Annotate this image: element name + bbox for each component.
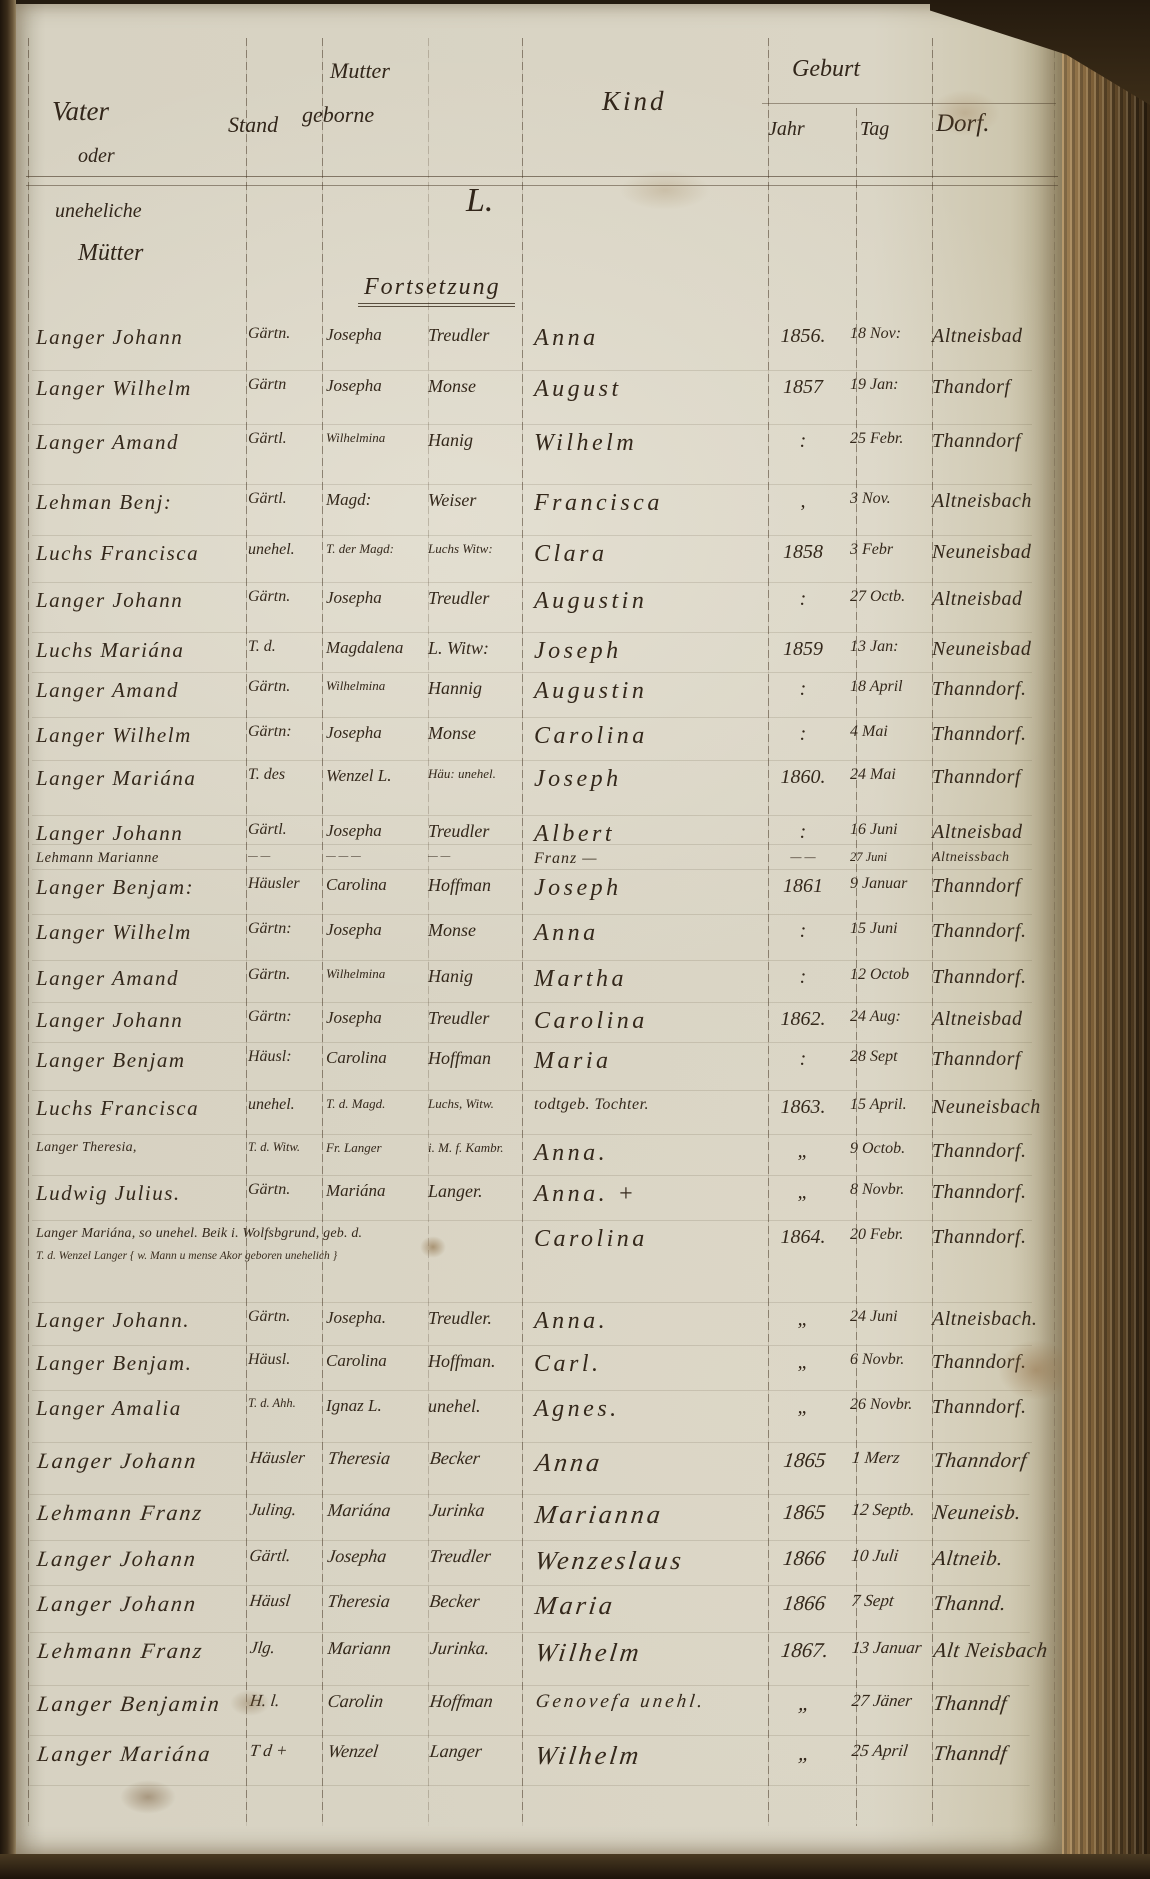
- father-name: Langer Amand: [36, 430, 248, 455]
- birth-village: Thanndorf.: [932, 1226, 1072, 1249]
- child-name: Carolina: [534, 723, 760, 750]
- birth-village: Altneib.: [932, 1546, 1075, 1571]
- margin-note-line1: uneheliche: [55, 200, 142, 223]
- mother-surname: Treudler: [428, 1546, 537, 1567]
- birth-day: 18 Nov:: [850, 325, 932, 343]
- father-name: Langer Theresia,: [36, 1140, 248, 1156]
- birth-day: 9 Januar: [850, 875, 932, 893]
- mother-given-name: Carolina: [326, 875, 426, 895]
- birth-village: Thanndorf.: [932, 1396, 1072, 1419]
- table-row: Langer Theresia,T. d. Witw.Fr. Langeri. …: [0, 1140, 1150, 1181]
- column-header-day: Tag: [860, 118, 889, 141]
- table-row: Langer JohannHäuslTheresiaBeckerMaria186…: [0, 1591, 1150, 1638]
- mother-given-name: Theresia: [327, 1448, 430, 1469]
- stand: Jlg.: [249, 1638, 329, 1658]
- table-row: Langer BenjamHäusl:CarolinaHoffmanMaria:…: [0, 1048, 1150, 1096]
- child-name: Anna.: [534, 1140, 760, 1167]
- stand: Gärtn.: [248, 966, 326, 984]
- mother-surname: Becker: [428, 1591, 537, 1612]
- mother-surname: Monse: [428, 376, 534, 397]
- father-name: Langer Johann: [36, 1008, 248, 1033]
- birth-day: 28 Sept: [850, 1048, 932, 1066]
- birth-village: Thanndorf: [932, 1448, 1075, 1473]
- father-name: Langer Mariána, so unehel. Beik i. Wolfs…: [36, 1226, 536, 1242]
- birth-header-underline: [762, 103, 1056, 104]
- child-name: Wilhelm: [533, 1741, 763, 1771]
- father-name: Langer Benjam.: [36, 1351, 248, 1376]
- birth-day: 27 Jäner: [851, 1691, 935, 1711]
- father-name: Langer Wilhelm: [36, 920, 248, 945]
- table-row: +Luchs Franciscaunehel.T. der Magd:Luchs…: [0, 541, 1150, 588]
- father-name: Langer Amand: [36, 966, 248, 991]
- mother-surname: Treudler: [428, 1008, 534, 1029]
- mother-given-name: Josepha: [326, 325, 426, 345]
- column-header-mother-geborne: geborne: [302, 102, 374, 128]
- mother-surname: L. Witw:: [428, 638, 534, 659]
- child-name: Wilhelm: [534, 1638, 764, 1668]
- birth-village: Thanndf: [932, 1741, 1075, 1766]
- table-row: Langer JohannGärtn.JosephaTreudlerAnna18…: [0, 325, 1150, 376]
- birth-day: 1 Merz: [851, 1448, 935, 1468]
- mother-given-name: Wilhelmina: [326, 678, 426, 694]
- mother-surname: Jurinka: [428, 1500, 537, 1521]
- stand: Gärtn:: [248, 1008, 326, 1026]
- birth-year: 1867.: [758, 1638, 851, 1663]
- table-row: +Langer MariánaT. desWenzel L.Häu: unehe…: [0, 766, 1150, 821]
- mother-given-name: Wilhelmina: [326, 966, 426, 982]
- stand: unehel.: [248, 541, 326, 559]
- birth-year: :: [758, 588, 848, 611]
- birth-day: 24 Mai: [850, 766, 932, 784]
- father-name: Langer Benjam: [36, 1048, 248, 1073]
- father-name: Lehmann Marianne: [36, 850, 248, 867]
- mother-given-name: Carolina: [326, 1351, 426, 1371]
- birth-year: 1862.: [758, 1008, 848, 1031]
- birth-year: :: [758, 821, 848, 844]
- birth-day: 13 Januar: [851, 1638, 935, 1658]
- birth-year: 1865: [758, 1500, 851, 1525]
- mother-given-name: Mariann: [327, 1638, 430, 1659]
- child-name: Carl.: [534, 1351, 760, 1378]
- column-header-child: Kind: [602, 86, 667, 117]
- birth-village: Neuneisbad: [932, 541, 1072, 564]
- birth-village: Thanndorf.: [932, 1140, 1072, 1163]
- table-row: Lehmann FranzJlg.MariannJurinka.Wilhelm1…: [0, 1638, 1150, 1691]
- mother-surname: i. M. f. Kambr.: [428, 1140, 534, 1156]
- register-book-photo: Vater oder Stand Mutter geborne Kind Geb…: [0, 0, 1150, 1879]
- column-header-birth: Geburt: [792, 56, 860, 83]
- child-name: Joseph: [534, 766, 760, 793]
- mother-given-name: Carolina: [326, 1048, 426, 1068]
- child-name: Agnes.: [534, 1396, 760, 1423]
- table-row: Langer AmandGärtl.WilhelminaHanigWilhelm…: [0, 430, 1150, 490]
- father-name: Langer Wilhelm: [36, 376, 248, 401]
- father-name: Langer Johann: [36, 1448, 251, 1474]
- birth-village: Thanndorf.: [932, 723, 1072, 746]
- father-note-line2: T. d. Wenzel Langer { w. Mann u mense Ak…: [36, 1250, 516, 1262]
- stand: Gärtn.: [248, 678, 326, 696]
- birth-day: 10 Juli: [850, 1546, 934, 1566]
- birth-village: Altneisbach: [932, 490, 1072, 513]
- birth-day: 25 Febr.: [850, 430, 932, 448]
- mother-given-name: Mariána: [326, 1500, 429, 1521]
- birth-day: 4 Mai: [850, 723, 932, 741]
- child-name: Augustin: [534, 678, 760, 705]
- stand: Häusl: [248, 1591, 328, 1611]
- birth-day: 9 Octob.: [850, 1140, 932, 1158]
- mother-given-name: T. der Magd:: [326, 541, 426, 557]
- father-name: Luchs Francisca: [36, 1096, 248, 1121]
- stand: unehel.: [248, 1096, 326, 1114]
- mother-given-name: Josepha: [326, 376, 426, 396]
- birth-village: Thandorf: [932, 376, 1072, 399]
- column-header-mother: Mutter: [330, 58, 390, 84]
- mother-surname: Monse: [428, 920, 534, 941]
- birth-day: 12 Septb.: [850, 1500, 934, 1520]
- child-name: Wenzeslaus: [533, 1546, 763, 1576]
- birth-year: 1858: [758, 541, 848, 564]
- birth-village: Thanndorf.: [932, 1351, 1072, 1374]
- stand: Juling.: [248, 1500, 328, 1520]
- father-name: Langer Benjam:: [36, 875, 248, 900]
- birth-year: „: [758, 1351, 848, 1374]
- mother-surname: Treudler: [428, 821, 534, 842]
- father-name: Lehmann Franz: [36, 1500, 251, 1526]
- father-name: Langer Amand: [36, 678, 248, 703]
- birth-day: 25 April: [851, 1741, 935, 1761]
- birth-day: 24 Juni: [850, 1308, 932, 1326]
- table-row: Lehman Benj:Gärtl.Magd:WeiserFrancisca,3…: [0, 490, 1150, 541]
- child-name: Augustin: [534, 588, 760, 615]
- mother-given-name: Josepha: [326, 821, 426, 841]
- birth-day: 20 Febr.: [850, 1226, 932, 1244]
- birth-year: 1857: [758, 376, 848, 399]
- mother-given-name: Magdalena: [326, 638, 426, 658]
- section-letter: L.: [466, 182, 493, 220]
- birth-year: :: [758, 430, 848, 453]
- mother-surname: — —: [428, 850, 534, 862]
- birth-day: 13 Jan:: [850, 638, 932, 656]
- stand: Gärtn: [248, 376, 326, 394]
- birth-year: „: [758, 1691, 851, 1716]
- birth-village: Thanndorf: [932, 1048, 1072, 1071]
- birth-year: „: [758, 1396, 848, 1419]
- header-separator-line: [26, 176, 1058, 186]
- mother-surname: Hoffman.: [428, 1351, 534, 1372]
- mother-surname: Langer.: [428, 1181, 534, 1202]
- table-row: Langer JohannHäuslerTheresiaBeckerAnna18…: [0, 1448, 1150, 1500]
- birth-year: 1863.: [758, 1096, 848, 1119]
- father-name: Langer Mariána: [36, 1741, 251, 1767]
- birth-year: — —: [758, 850, 848, 865]
- column-header-father: Vater: [52, 96, 109, 127]
- birth-day: 8 Novbr.: [850, 1181, 932, 1199]
- column-header-place: Dorf.: [936, 110, 989, 138]
- stand: T. d.: [248, 638, 326, 656]
- mother-surname: Hannig: [428, 678, 534, 699]
- mother-surname: Luchs Witw:: [428, 541, 534, 557]
- stand: Gärtl.: [248, 430, 326, 448]
- child-name: Carolina: [534, 1226, 760, 1253]
- section-title: Fortsetzung: [358, 274, 515, 307]
- mother-given-name: — — —: [326, 850, 426, 862]
- birth-day: 12 Octob: [850, 966, 932, 984]
- table-row: Langer Benjam:HäuslerCarolinaHoffmanJose…: [0, 875, 1150, 920]
- birth-village: Alt Neisbach: [932, 1638, 1075, 1663]
- table-row: Langer Johann.Gärtn.Josepha.Treudler.Ann…: [0, 1308, 1150, 1351]
- birth-day: 15 April.: [850, 1096, 932, 1114]
- birth-day: 15 Juni: [850, 920, 932, 938]
- child-name: Genovefa unehl.: [534, 1691, 763, 1713]
- birth-day: 27 Octb.: [850, 588, 932, 606]
- child-name: Wilhelm: [534, 430, 760, 457]
- birth-year: :: [758, 678, 848, 701]
- father-name: Luchs Mariána: [36, 638, 248, 663]
- birth-village: Neuneisb.: [932, 1500, 1075, 1525]
- book-bottom-edge: [0, 1854, 1150, 1879]
- child-name: Joseph: [534, 875, 760, 902]
- mother-surname: Hoffman: [428, 875, 534, 896]
- stand: Gärtl.: [248, 1546, 328, 1566]
- birth-village: Thanndorf: [932, 766, 1072, 789]
- birth-village: Thanndorf.: [932, 1181, 1072, 1204]
- table-row: Langer WilhelmGärtnJosephaMonseAugust185…: [0, 376, 1150, 430]
- stand: T. d. Ahh.: [248, 1396, 326, 1411]
- mother-surname: Häu: unehel.: [428, 766, 534, 782]
- birth-day: 7 Sept: [850, 1591, 934, 1611]
- mother-surname: Luchs, Witw.: [428, 1096, 534, 1112]
- table-row: Langer Benjam.Häusl.CarolinaHoffman.Carl…: [0, 1351, 1150, 1396]
- mother-surname: unehel.: [428, 1396, 534, 1417]
- birth-village: Thanndorf: [932, 875, 1072, 898]
- stand: Gärtn.: [248, 588, 326, 606]
- father-name: Lehman Benj:: [36, 490, 248, 515]
- child-name: Joseph: [534, 638, 760, 665]
- birth-village: Altneisbach.: [932, 1308, 1072, 1331]
- birth-village: Thanndorf: [932, 430, 1072, 453]
- mother-given-name: Josepha: [326, 723, 426, 743]
- birth-day: 18 April: [850, 678, 932, 696]
- birth-village: Neuneisbad: [932, 638, 1072, 661]
- table-row: +Lehmann Marianne— —— — —— —Franz —— —27…: [0, 850, 1150, 875]
- birth-year: 1859: [758, 638, 848, 661]
- child-name: Marianna: [533, 1500, 763, 1530]
- child-name: Clara: [534, 541, 760, 568]
- father-name: Langer Johann: [36, 588, 248, 613]
- birth-village: Thanndf: [932, 1691, 1075, 1716]
- birth-village: Thanndorf.: [932, 966, 1072, 989]
- table-row: Luchs Franciscaunehel.T. d. Magd.Luchs, …: [0, 1096, 1150, 1140]
- mother-surname: Weiser: [428, 490, 534, 511]
- table-row: Langer AmaliaT. d. Ahh.Ignaz L.unehel.Ag…: [0, 1396, 1150, 1448]
- birth-village: Altneisbad: [932, 588, 1072, 611]
- birth-day: 19 Jan:: [850, 376, 932, 394]
- stand: Häusl.: [248, 1351, 326, 1369]
- child-name: Carolina: [534, 1008, 760, 1035]
- mother-given-name: Josepha.: [326, 1308, 426, 1328]
- mother-given-name: Fr. Langer: [326, 1140, 426, 1156]
- column-header-stand: Stand: [228, 112, 278, 138]
- birth-year: :: [758, 966, 848, 989]
- child-name: Franz —: [534, 850, 760, 868]
- stand: Gärtn.: [248, 1308, 326, 1326]
- birth-year: „: [758, 1741, 851, 1766]
- mother-surname: Treudler.: [428, 1308, 534, 1329]
- birth-day: 6 Novbr.: [850, 1351, 932, 1369]
- mother-surname: Monse: [428, 723, 534, 744]
- birth-year: 1860.: [758, 766, 848, 789]
- page-edge-stack: [1062, 0, 1150, 1879]
- table-row: Langer JohannGärtl.JosephaTreudlerAlbert…: [0, 821, 1150, 850]
- column-header-father-oder: oder: [78, 145, 115, 168]
- mother-surname: Hanig: [428, 966, 534, 987]
- birth-year: :: [758, 1048, 848, 1071]
- table-row: Lehmann FranzJuling.MariánaJurinkaMarian…: [0, 1500, 1150, 1546]
- stand: Häusler: [248, 875, 326, 893]
- mother-surname: Hoffman: [428, 1691, 537, 1712]
- mother-surname: Jurinka.: [429, 1638, 538, 1659]
- child-name: Albert: [534, 821, 760, 848]
- stand: H. l.: [249, 1691, 329, 1711]
- table-row: Langer JohannGärtn.JosephaTreudlerAugust…: [0, 588, 1150, 638]
- child-name: Maria: [533, 1591, 763, 1621]
- birth-year: ,: [758, 490, 848, 513]
- birth-village: Thannd.: [932, 1591, 1075, 1616]
- father-name: Langer Johann: [36, 1591, 251, 1617]
- father-name: Langer Benjamin: [36, 1691, 251, 1717]
- birth-day: 3 Febr: [850, 541, 932, 559]
- father-name: Luchs Francisca: [36, 541, 248, 566]
- birth-year: 1856.: [758, 325, 848, 348]
- birth-year: „: [758, 1308, 848, 1331]
- table-row: Langer BenjaminH. l.CarolinHoffmanGenove…: [0, 1691, 1150, 1741]
- birth-day: 3 Nov.: [850, 490, 932, 508]
- table-row: Langer Mariána, so unehel. Beik i. Wolfs…: [0, 1226, 1150, 1308]
- child-name: Francisca: [534, 490, 760, 517]
- birth-village: Altneisbad: [932, 1008, 1072, 1031]
- father-name: Langer Johann: [36, 1546, 251, 1572]
- mother-given-name: Mariána: [326, 1181, 426, 1201]
- father-name: Langer Wilhelm: [36, 723, 248, 748]
- birth-village: Altneisbad: [932, 325, 1072, 348]
- child-name: Martha: [534, 966, 760, 993]
- child-name: Anna.: [534, 1308, 760, 1335]
- father-name: Langer Johann: [36, 325, 248, 350]
- stand: Gärtl.: [248, 490, 326, 508]
- stand: — —: [248, 850, 326, 862]
- birth-day: 16 Juni: [850, 821, 932, 839]
- stand: Gärtn.: [248, 325, 326, 343]
- mother-surname: Langer: [428, 1741, 537, 1762]
- birth-village: Altneissbach: [932, 850, 1072, 866]
- mother-given-name: Wenzel: [326, 1741, 429, 1762]
- stand: Gärtn:: [248, 920, 326, 938]
- table-row: Ludwig Julius.Gärtn.MariánaLanger.Anna. …: [0, 1181, 1150, 1226]
- mother-surname: Hoffman: [428, 1048, 534, 1069]
- father-name: Langer Mariána: [36, 766, 248, 791]
- birth-village: Thanndorf.: [932, 678, 1072, 701]
- table-row: Langer MariánaT d +WenzelLangerWilhelm„2…: [0, 1741, 1150, 1791]
- child-name: todtgeb. Tochter.: [534, 1096, 760, 1114]
- stand: Häusler: [249, 1448, 329, 1468]
- birth-day: 26 Novbr.: [850, 1396, 932, 1414]
- book-binding: [0, 0, 16, 1879]
- birth-year: 1864.: [758, 1226, 848, 1249]
- birth-year: :: [758, 920, 848, 943]
- birth-year: „: [758, 1181, 848, 1204]
- mother-given-name: Josepha: [326, 920, 426, 940]
- table-row: Langer WilhelmGärtn:JosephaMonseCarolina…: [0, 723, 1150, 766]
- stand: T d +: [249, 1741, 329, 1761]
- father-name: Langer Johann: [36, 821, 248, 846]
- child-name: Maria: [534, 1048, 760, 1075]
- table-row: Langer JohannGärtl.JosephaTreudlerWenzes…: [0, 1546, 1150, 1591]
- child-name: Anna. +: [534, 1181, 760, 1208]
- table-row: Langer WilhelmGärtn:JosephaMonseAnna:15 …: [0, 920, 1150, 966]
- birth-year: „: [758, 1140, 848, 1163]
- birth-year: 1866: [758, 1546, 851, 1571]
- child-name: Anna: [534, 1448, 764, 1478]
- mother-given-name: Josepha: [326, 588, 426, 608]
- table-row: +Luchs MariánaT. d.MagdalenaL. Witw:Jose…: [0, 638, 1150, 678]
- mother-surname: Treudler: [428, 325, 534, 346]
- mother-given-name: Magd:: [326, 490, 426, 510]
- mother-surname: Hanig: [428, 430, 534, 451]
- column-header-year: Jahr: [768, 118, 805, 141]
- birth-year: :: [758, 723, 848, 746]
- stand: Gärtn.: [248, 1181, 326, 1199]
- register-rows: Langer JohannGärtn.JosephaTreudlerAnna18…: [0, 325, 1150, 1791]
- birth-village: Altneisbad: [932, 821, 1072, 844]
- child-name: Anna: [534, 920, 760, 947]
- mother-given-name: Theresia: [326, 1591, 429, 1612]
- birth-day: 27 Juni: [850, 850, 932, 865]
- birth-year: 1865: [758, 1448, 851, 1473]
- mother-given-name: Wenzel L.: [326, 766, 426, 786]
- mother-given-name: Wilhelmina: [326, 430, 426, 446]
- birth-village: Neuneisbach: [932, 1096, 1072, 1119]
- birth-day: 24 Aug:: [850, 1008, 932, 1026]
- birth-year: 1861: [758, 875, 848, 898]
- stand: T. des: [248, 766, 326, 784]
- stand: T. d. Witw.: [248, 1140, 326, 1155]
- mother-given-name: Josepha: [326, 1008, 426, 1028]
- mother-surname: Becker: [429, 1448, 538, 1469]
- child-name: Anna: [534, 325, 760, 352]
- mother-given-name: Ignaz L.: [326, 1396, 426, 1416]
- birth-year: 1866: [758, 1591, 851, 1616]
- father-name: Langer Johann.: [36, 1308, 248, 1333]
- mother-given-name: Carolin: [326, 1691, 429, 1712]
- mother-given-name: T. d. Magd.: [326, 1096, 426, 1112]
- stand: Gärtn:: [248, 723, 326, 741]
- table-row: Langer AmandGärtn.WilhelminaHannigAugust…: [0, 678, 1150, 723]
- father-name: Ludwig Julius.: [36, 1181, 248, 1206]
- father-name: Langer Amalia: [36, 1396, 248, 1421]
- stand: Gärtl.: [248, 821, 326, 839]
- mother-given-name: Josepha: [326, 1546, 429, 1567]
- stand: Häusl:: [248, 1048, 326, 1066]
- birth-village: Thanndorf.: [932, 920, 1072, 943]
- mother-surname: Treudler: [428, 588, 534, 609]
- margin-note-line2: Mütter: [78, 240, 143, 267]
- table-row: Langer AmandGärtn.WilhelminaHanigMartha:…: [0, 966, 1150, 1008]
- table-row: Langer JohannGärtn:JosephaTreudlerCaroli…: [0, 1008, 1150, 1048]
- child-name: August: [534, 376, 760, 403]
- father-name: Lehmann Franz: [36, 1638, 251, 1664]
